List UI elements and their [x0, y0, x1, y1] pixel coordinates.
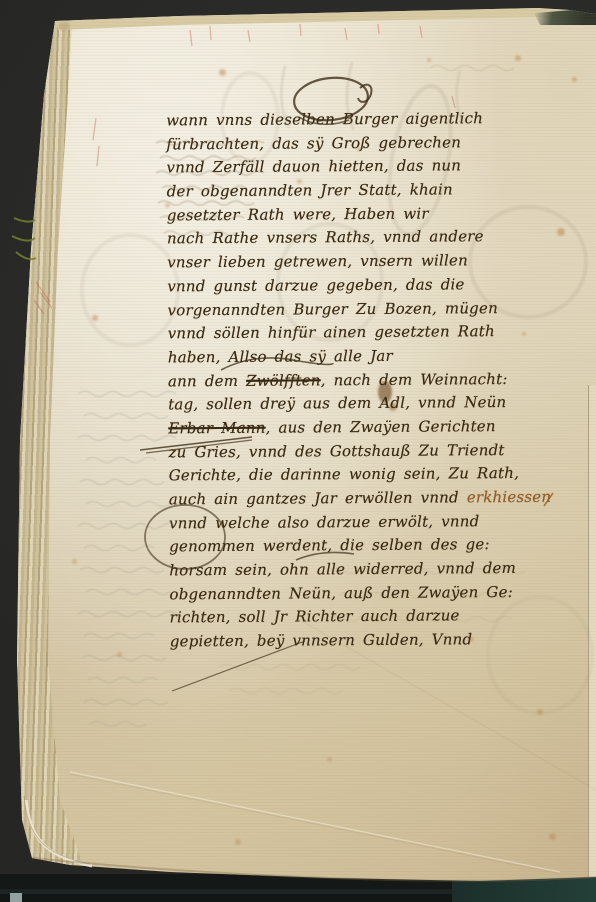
foxing-spot — [537, 709, 543, 715]
manuscript-line: vorgenanndten Burger Zu Bozen, mügen — [167, 296, 559, 322]
manuscript-line: vnnd welche also darzue erwölt, vnnd — [169, 509, 561, 535]
foxing-spot — [515, 55, 521, 61]
foxing-spot — [427, 58, 431, 62]
manuscript-line-with-accent: auch ain gantzes Jar erwöllen vnnd erkhi… — [169, 486, 561, 512]
foxing-spot — [92, 315, 98, 321]
manuscript-line: vnnd gunst darzue gegeben, das die — [167, 272, 559, 298]
manuscript-text: wann vnns dieselben Burger aigentlich fü… — [166, 107, 562, 655]
backdrop-light-chip — [10, 893, 22, 902]
foxing-spot — [572, 77, 577, 82]
foxing-spot — [327, 757, 332, 762]
foxing-smudge — [58, 22, 70, 30]
struck-words: Erbar Mann — [168, 419, 265, 438]
manuscript-line: vnser lieben getrewen, vnsern willen — [167, 249, 559, 275]
manuscript-line: Gerichte, die darinne wonig sein, Zu Rat… — [169, 462, 561, 488]
manuscript-line-with-strikethrough: Erbar Mann, aus den Zwaÿen Gerichten — [168, 415, 560, 441]
manuscript-line: der obgenanndten Jrer Statt, khain — [167, 178, 559, 204]
line-text: ann dem — [168, 371, 246, 390]
manuscript-line: tag, sollen dreÿ aus dem Adl, vnnd Neün — [168, 391, 560, 417]
manuscript-line: horsam sein, ohn alle widerred, vnnd dem — [169, 557, 561, 583]
manuscript-page: wann vnns dieselben Burger aigentlich fü… — [0, 0, 596, 902]
manuscript-line: nach Rathe vnsers Raths, vnnd andere — [167, 225, 559, 251]
manuscript-line: obgenanndten Neün, auß den Zwaÿen Ge: — [169, 580, 561, 606]
manuscript-line: gepietten, beÿ vnnsern Gulden, Vnnd — [170, 628, 562, 654]
foxing-spot — [117, 652, 122, 657]
photograph-backdrop: wann vnns dieselben Burger aigentlich fü… — [0, 0, 596, 902]
foxing-spot — [549, 833, 556, 840]
struck-word: Zwölfften — [246, 371, 321, 390]
foxing-spot — [72, 559, 77, 564]
manuscript-line: zu Gries, vnnd des Gottshauß Zu Triendt — [168, 438, 560, 464]
manuscript-line: fürbrachten, das sÿ Groß gebrechen — [166, 130, 558, 156]
manuscript-line: vnnd söllen hinfür ainen gesetzten Rath — [168, 320, 560, 346]
manuscript-line-with-strikethrough: ann dem Zwölfften, nach dem Weinnacht: — [168, 367, 560, 393]
line-text: , nach dem Weinnacht: — [321, 370, 508, 389]
foxing-spot — [235, 839, 241, 845]
manuscript-line: wann vnns dieselben Burger aigentlich — [166, 107, 558, 133]
foxing-spot — [219, 69, 226, 76]
manuscript-line: genommen werdent, die selben des ge: — [169, 533, 561, 559]
manuscript-line: haben, Allso das sÿ alle Jar — [168, 344, 560, 370]
manuscript-line: richten, soll Jr Richter auch darzue — [170, 604, 562, 630]
manuscript-line: gesetzter Rath were, Haben wir — [167, 201, 559, 227]
line-text: auch ain gantzes Jar erwöllen vnnd — [169, 488, 467, 508]
line-text: , aus den Zwaÿen Gerichten — [265, 417, 495, 437]
accent-ink-word: erkhiessen — [467, 488, 552, 507]
manuscript-line: vnnd Zerfäll dauon hietten, das nun — [166, 154, 558, 180]
